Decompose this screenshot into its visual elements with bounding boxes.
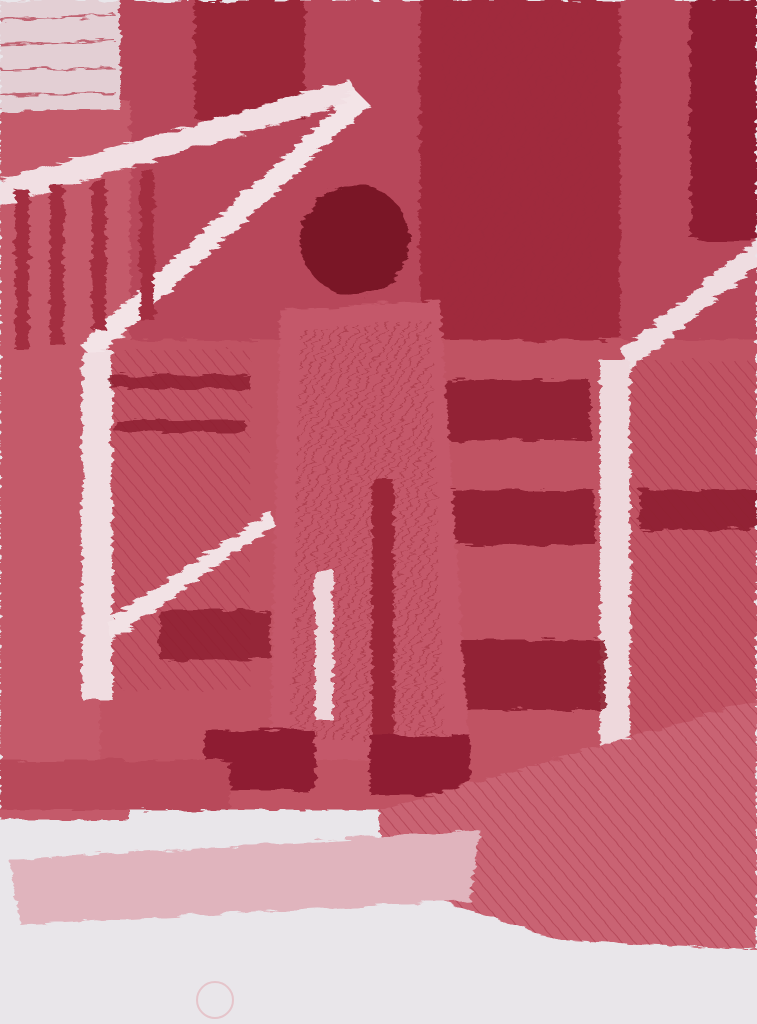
newel-post [82, 350, 112, 700]
child-head [300, 185, 410, 295]
ink-drawing [0, 0, 757, 1024]
